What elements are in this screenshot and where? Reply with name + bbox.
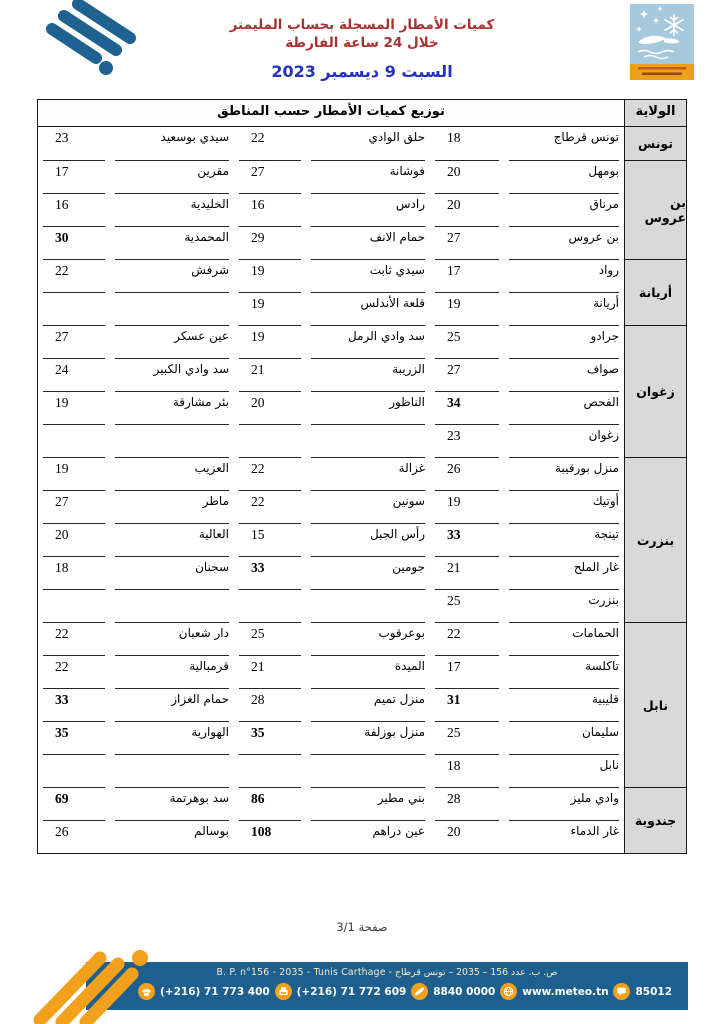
station-name-cell: شرفش [115, 259, 229, 292]
station-value-cell: 28 [435, 787, 499, 820]
station-value-cell: 19 [239, 292, 301, 325]
station-name-cell: سليمان [509, 721, 619, 754]
station-name-cell: الناظور [311, 391, 425, 424]
station-value-cell: 33 [435, 523, 499, 556]
rainfall-table: توزيع كميات الأمطار حسب المناطق الولاية … [37, 99, 687, 854]
station-name-cell: قليبية [509, 688, 619, 721]
station-value-cell: 23 [43, 127, 105, 160]
station-name-cell: بن عروس [509, 226, 619, 259]
station-name-cell: صواف [509, 358, 619, 391]
governorate-cell: بنزرت [624, 457, 686, 622]
station-value-cell [43, 292, 105, 325]
station-value-cell: 25 [435, 325, 499, 358]
station-name-cell: سد وادي الكبير [115, 358, 229, 391]
station-name-cell: رادس [311, 193, 425, 226]
footer-contact-call: 8840 0000 [411, 983, 495, 1000]
station-name-cell: الزريبة [311, 358, 425, 391]
station-value-cell: 22 [239, 490, 301, 523]
station-value-cell: 17 [435, 655, 499, 688]
station-value-cell: 25 [239, 622, 301, 655]
station-value-cell: 16 [239, 193, 301, 226]
station-name-cell: منزل تميم [311, 688, 425, 721]
station-value-cell: 29 [239, 226, 301, 259]
station-name-cell: دار شعبان [115, 622, 229, 655]
station-name-cell: مرناق [509, 193, 619, 226]
station-value-cell: 26 [43, 820, 105, 853]
station-value-cell: 27 [43, 490, 105, 523]
station-value-cell [239, 589, 301, 622]
station-value-cell: 108 [239, 820, 301, 853]
station-value-cell: 22 [43, 259, 105, 292]
station-value-cell: 22 [43, 622, 105, 655]
station-name-cell: سد بوهرتمة [115, 787, 229, 820]
station-name-cell: الميدة [311, 655, 425, 688]
station-name-cell: بومهل [509, 160, 619, 193]
station-name-cell: تونس قرطاج [509, 127, 619, 160]
station-name-cell: تاكلسة [509, 655, 619, 688]
governorate-cell: بن عروس [624, 160, 686, 259]
station-name-cell: فوشانة [311, 160, 425, 193]
station-value-cell: 19 [435, 490, 499, 523]
station-name-cell: سيدي ثابت [311, 259, 425, 292]
station-name-cell: غار الملح [509, 556, 619, 589]
station-name-cell: بني مطير [311, 787, 425, 820]
station-value-cell [239, 424, 301, 457]
station-name-cell: الحمامات [509, 622, 619, 655]
report-title-line2: خلال 24 ساعة الفارطة [0, 34, 724, 52]
station-name-cell: زغوان [509, 424, 619, 457]
station-value-cell: 20 [435, 193, 499, 226]
station-value-cell [239, 754, 301, 787]
station-name-cell: منزل بورقيبة [509, 457, 619, 490]
station-name-cell [311, 424, 425, 457]
report-date: السبت 9 ديسمبر 2023 [0, 62, 724, 81]
station-value-cell: 35 [43, 721, 105, 754]
report-title-line1: كميات الأمطار المسجلة بحساب المليمتر [0, 16, 724, 34]
fax-icon [275, 983, 292, 1000]
footer-website-url: www.meteo.tn [522, 986, 608, 998]
station-value-cell: 21 [239, 655, 301, 688]
station-value-cell: 34 [435, 391, 499, 424]
station-name-cell: بنزرت [509, 589, 619, 622]
footer-call-number: 8840 0000 [433, 986, 495, 998]
station-value-cell: 25 [435, 589, 499, 622]
station-name-cell: رواد [509, 259, 619, 292]
station-value-cell: 22 [43, 655, 105, 688]
footer-stripes-decoration [28, 944, 238, 1024]
document-page: كميات الأمطار المسجلة بحساب المليمتر خلا… [0, 0, 724, 1024]
station-name-cell: عين دراهم [311, 820, 425, 853]
inm-logo-icon [630, 4, 694, 80]
inm-logo [630, 4, 694, 84]
station-name-cell [115, 424, 229, 457]
globe-icon [500, 983, 517, 1000]
station-name-cell: أوتيك [509, 490, 619, 523]
station-value-cell: 22 [239, 457, 301, 490]
station-value-cell: 21 [239, 358, 301, 391]
station-name-cell: بئر مشارقة [115, 391, 229, 424]
station-value-cell: 20 [239, 391, 301, 424]
station-value-cell: 27 [435, 358, 499, 391]
station-value-cell: 19 [239, 259, 301, 292]
station-name-cell: الفحص [509, 391, 619, 424]
station-value-cell: 18 [435, 127, 499, 160]
station-value-cell: 23 [435, 424, 499, 457]
governorate-cell: زغوان [624, 325, 686, 457]
station-value-cell: 27 [239, 160, 301, 193]
station-name-cell: منزل بوزلفة [311, 721, 425, 754]
station-value-cell: 22 [239, 127, 301, 160]
station-name-cell: سيدي بوسعيد [115, 127, 229, 160]
station-value-cell: 31 [435, 688, 499, 721]
station-name-cell: غار الدماء [509, 820, 619, 853]
station-name-cell: عين عسكر [115, 325, 229, 358]
station-name-cell: الهوارية [115, 721, 229, 754]
station-value-cell: 18 [43, 556, 105, 589]
station-name-cell: جرادو [509, 325, 619, 358]
station-name-cell: العالية [115, 523, 229, 556]
station-name-cell [115, 589, 229, 622]
station-value-cell: 21 [435, 556, 499, 589]
station-name-cell: قلعة الأندلس [311, 292, 425, 325]
station-name-cell: العزيب [115, 457, 229, 490]
station-value-cell: 86 [239, 787, 301, 820]
station-name-cell [115, 754, 229, 787]
station-name-cell: أريانة [509, 292, 619, 325]
station-name-cell: المحمدية [115, 226, 229, 259]
station-value-cell: 27 [43, 325, 105, 358]
footer-fax-number: (+216) 71 772 609 [297, 986, 407, 998]
footer-contact-sms: 85012 [613, 983, 672, 1000]
station-name-cell: سجنان [115, 556, 229, 589]
footer-stripes-icon [28, 944, 238, 1024]
station-value-cell: 20 [435, 820, 499, 853]
station-value-cell: 24 [43, 358, 105, 391]
station-name-cell: تينجة [509, 523, 619, 556]
call-icon [411, 983, 428, 1000]
governorate-cell: نابل [624, 622, 686, 787]
footer-contact-website: www.meteo.tn [500, 983, 608, 1000]
station-name-cell: بوعرقوب [311, 622, 425, 655]
station-value-cell: 33 [43, 688, 105, 721]
station-value-cell: 16 [43, 193, 105, 226]
station-value-cell: 26 [435, 457, 499, 490]
station-value-cell [43, 424, 105, 457]
page-number: صفحة 3/1 [0, 920, 724, 934]
station-value-cell: 19 [43, 457, 105, 490]
station-name-cell: وادي مليز [509, 787, 619, 820]
station-value-cell: 19 [435, 292, 499, 325]
station-value-cell [43, 589, 105, 622]
station-value-cell: 30 [43, 226, 105, 259]
station-value-cell: 17 [43, 160, 105, 193]
table-header-regions: توزيع كميات الأمطار حسب المناطق [38, 100, 624, 127]
station-name-cell [115, 292, 229, 325]
footer-contact-fax: (+216) 71 772 609 [275, 983, 407, 1000]
station-value-cell: 19 [43, 391, 105, 424]
station-name-cell: حمام الانف [311, 226, 425, 259]
station-value-cell: 18 [435, 754, 499, 787]
station-name-cell: ماطر [115, 490, 229, 523]
station-name-cell: مقرين [115, 160, 229, 193]
station-value-cell: 19 [239, 325, 301, 358]
station-name-cell: سد وادي الرمل [311, 325, 425, 358]
station-name-cell: سونين [311, 490, 425, 523]
station-name-cell: الخليدية [115, 193, 229, 226]
station-value-cell: 22 [435, 622, 499, 655]
report-header: كميات الأمطار المسجلة بحساب المليمتر خلا… [0, 16, 724, 81]
station-name-cell: غزالة [311, 457, 425, 490]
station-name-cell: حلق الوادي [311, 127, 425, 160]
station-value-cell: 28 [239, 688, 301, 721]
station-name-cell: قرمبالية [115, 655, 229, 688]
station-name-cell: جومين [311, 556, 425, 589]
station-value-cell [43, 754, 105, 787]
station-value-cell: 25 [435, 721, 499, 754]
station-name-cell: بوسالم [115, 820, 229, 853]
station-name-cell: حمام الغزاز [115, 688, 229, 721]
station-value-cell: 15 [239, 523, 301, 556]
station-value-cell: 33 [239, 556, 301, 589]
station-value-cell: 35 [239, 721, 301, 754]
footer-sms-number: 85012 [635, 986, 672, 998]
governorate-cell: أريانة [624, 259, 686, 325]
governorate-cell: تونس [624, 127, 686, 160]
station-value-cell: 17 [435, 259, 499, 292]
station-name-cell: نابل [509, 754, 619, 787]
sms-icon [613, 983, 630, 1000]
table-header-governorate: الولاية [624, 100, 686, 127]
station-value-cell: 20 [435, 160, 499, 193]
station-value-cell: 69 [43, 787, 105, 820]
station-name-cell [311, 589, 425, 622]
station-value-cell: 20 [43, 523, 105, 556]
station-name-cell: رأس الجبل [311, 523, 425, 556]
station-name-cell [311, 754, 425, 787]
governorate-cell: جندوبة [624, 787, 686, 853]
station-value-cell: 27 [435, 226, 499, 259]
